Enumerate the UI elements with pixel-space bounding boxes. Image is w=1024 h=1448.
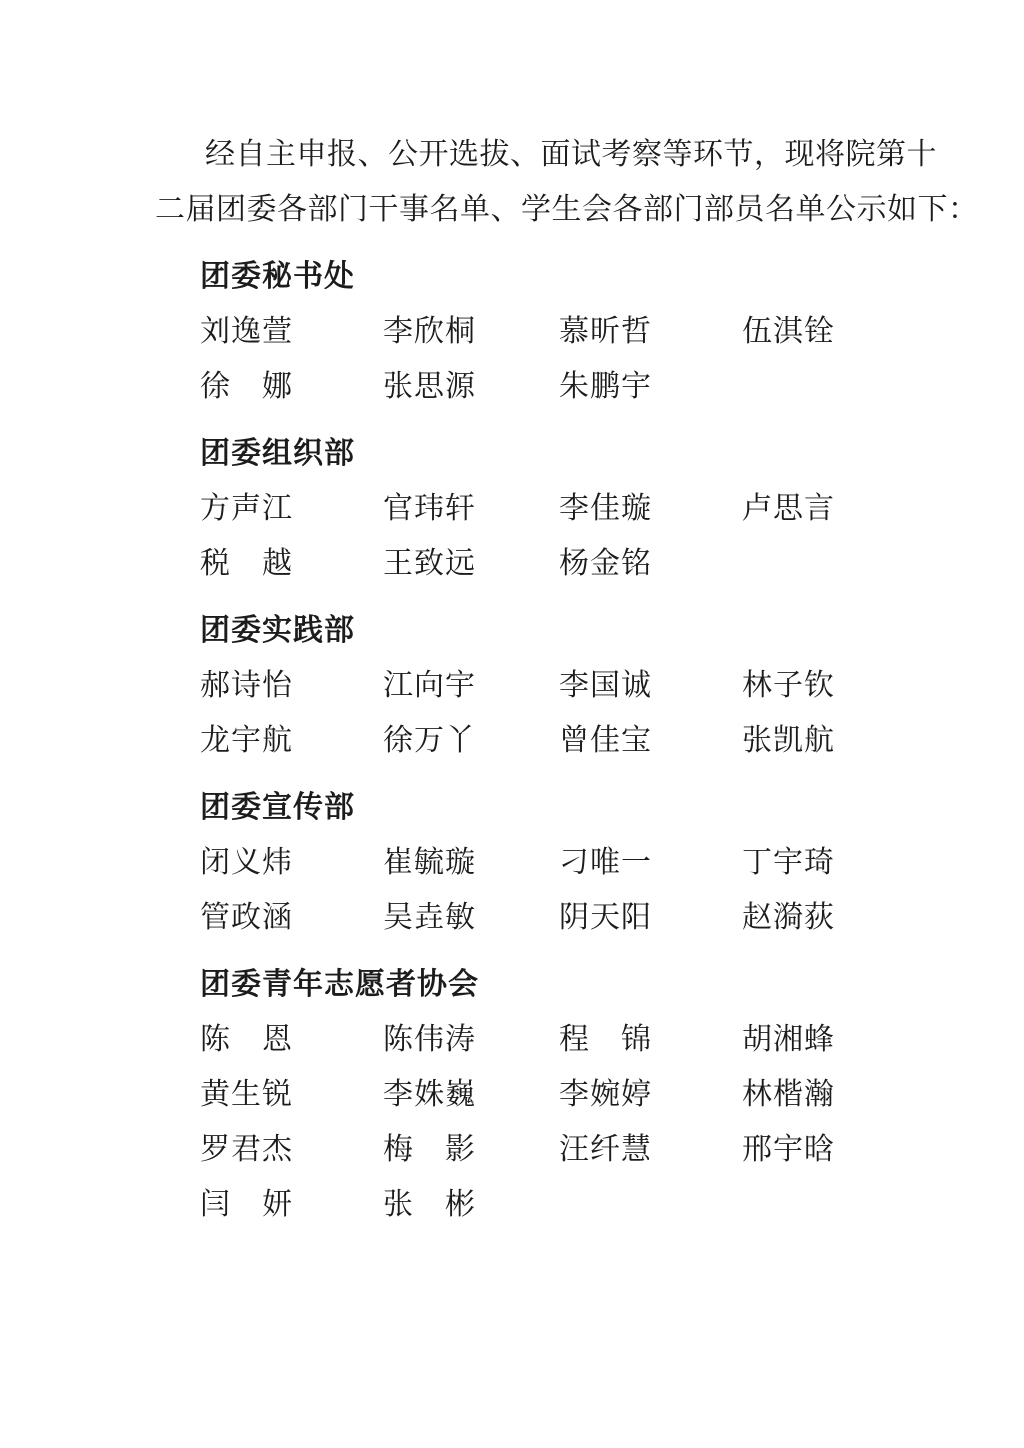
name-row: 方声江官玮轩李佳璇卢思言 xyxy=(155,481,887,536)
document-content: 经自主申报、公开选拔、面试考察等环节，现将院第十 二届团委各部门干事名单、学生会… xyxy=(155,127,887,1232)
section-title: 团委宣传部 xyxy=(155,780,887,835)
member-name: 刁唯一 xyxy=(559,835,742,890)
member-name: 曾佳宝 xyxy=(559,713,742,768)
member-name: 林子钦 xyxy=(742,658,925,713)
member-name xyxy=(559,1177,742,1232)
member-name: 朱鹏宇 xyxy=(559,359,742,414)
member-name: 程 锦 xyxy=(559,1012,742,1067)
member-name: 官玮轩 xyxy=(383,481,559,536)
department-section: 团委青年志愿者协会陈 恩陈伟涛程 锦胡湘蜂黄生锐李姝巍李婉婷林楷瀚罗君杰梅 影汪… xyxy=(155,957,887,1232)
member-name xyxy=(742,359,925,414)
intro-paragraph-line-1: 经自主申报、公开选拔、面试考察等环节，现将院第十 xyxy=(155,127,887,182)
member-name: 陈伟涛 xyxy=(383,1012,559,1067)
department-section: 团委秘书处刘逸萱李欣桐慕昕哲伍淇铨徐 娜张思源朱鹏宇 xyxy=(155,249,887,414)
member-name: 张凯航 xyxy=(742,713,925,768)
name-row: 罗君杰梅 影汪纤慧邢宇晗 xyxy=(155,1122,887,1177)
member-name: 伍淇铨 xyxy=(742,304,925,359)
member-name: 管政涵 xyxy=(200,890,383,945)
member-name: 李佳璇 xyxy=(559,481,742,536)
department-section: 团委实践部郝诗怡江向宇李国诚林子钦龙宇航徐万丫曾佳宝张凯航 xyxy=(155,603,887,768)
member-name: 方声江 xyxy=(200,481,383,536)
name-row: 闫 妍张 彬 xyxy=(155,1177,887,1232)
member-name: 吴垚敏 xyxy=(383,890,559,945)
member-name xyxy=(742,1177,925,1232)
member-name: 江向宇 xyxy=(383,658,559,713)
member-name: 张思源 xyxy=(383,359,559,414)
name-row: 刘逸萱李欣桐慕昕哲伍淇铨 xyxy=(155,304,887,359)
member-name: 黄生锐 xyxy=(200,1067,383,1122)
member-name: 税 越 xyxy=(200,536,383,591)
member-name: 郝诗怡 xyxy=(200,658,383,713)
member-name: 刘逸萱 xyxy=(200,304,383,359)
name-row: 管政涵吴垚敏阴天阳赵漪荻 xyxy=(155,890,887,945)
name-row: 陈 恩陈伟涛程 锦胡湘蜂 xyxy=(155,1012,887,1067)
department-section: 团委宣传部闭义炜崔毓璇刁唯一丁宇琦管政涵吴垚敏阴天阳赵漪荻 xyxy=(155,780,887,945)
member-name: 林楷瀚 xyxy=(742,1067,925,1122)
member-name: 罗君杰 xyxy=(200,1122,383,1177)
member-name: 闫 妍 xyxy=(200,1177,383,1232)
name-row: 税 越王致远杨金铭 xyxy=(155,536,887,591)
name-list-sections: 团委秘书处刘逸萱李欣桐慕昕哲伍淇铨徐 娜张思源朱鹏宇团委组织部方声江官玮轩李佳璇… xyxy=(155,249,887,1232)
section-title: 团委组织部 xyxy=(155,426,887,481)
member-name: 徐万丫 xyxy=(383,713,559,768)
name-row: 徐 娜张思源朱鹏宇 xyxy=(155,359,887,414)
member-name: 王致远 xyxy=(383,536,559,591)
department-section: 团委组织部方声江官玮轩李佳璇卢思言税 越王致远杨金铭 xyxy=(155,426,887,591)
member-name: 徐 娜 xyxy=(200,359,383,414)
member-name: 闭义炜 xyxy=(200,835,383,890)
member-name: 崔毓璇 xyxy=(383,835,559,890)
member-name: 杨金铭 xyxy=(559,536,742,591)
member-name: 汪纤慧 xyxy=(559,1122,742,1177)
member-name: 李欣桐 xyxy=(383,304,559,359)
member-name: 李婉婷 xyxy=(559,1067,742,1122)
member-name: 丁宇琦 xyxy=(742,835,925,890)
member-name: 胡湘蜂 xyxy=(742,1012,925,1067)
member-name: 张 彬 xyxy=(383,1177,559,1232)
member-name xyxy=(742,536,925,591)
section-title: 团委青年志愿者协会 xyxy=(155,957,887,1012)
member-name: 慕昕哲 xyxy=(559,304,742,359)
name-row: 黄生锐李姝巍李婉婷林楷瀚 xyxy=(155,1067,887,1122)
name-row: 闭义炜崔毓璇刁唯一丁宇琦 xyxy=(155,835,887,890)
name-row: 龙宇航徐万丫曾佳宝张凯航 xyxy=(155,713,887,768)
member-name: 李国诚 xyxy=(559,658,742,713)
member-name: 李姝巍 xyxy=(383,1067,559,1122)
section-title: 团委秘书处 xyxy=(155,249,887,304)
name-row: 郝诗怡江向宇李国诚林子钦 xyxy=(155,658,887,713)
intro-paragraph-line-2: 二届团委各部门干事名单、学生会各部门部员名单公示如下： xyxy=(155,182,887,237)
member-name: 阴天阳 xyxy=(559,890,742,945)
member-name: 梅 影 xyxy=(383,1122,559,1177)
announcement-page: 经自主申报、公开选拔、面试考察等环节，现将院第十 二届团委各部门干事名单、学生会… xyxy=(0,0,1024,1448)
member-name: 邢宇晗 xyxy=(742,1122,925,1177)
member-name: 赵漪荻 xyxy=(742,890,925,945)
member-name: 龙宇航 xyxy=(200,713,383,768)
member-name: 陈 恩 xyxy=(200,1012,383,1067)
section-title: 团委实践部 xyxy=(155,603,887,658)
member-name: 卢思言 xyxy=(742,481,925,536)
